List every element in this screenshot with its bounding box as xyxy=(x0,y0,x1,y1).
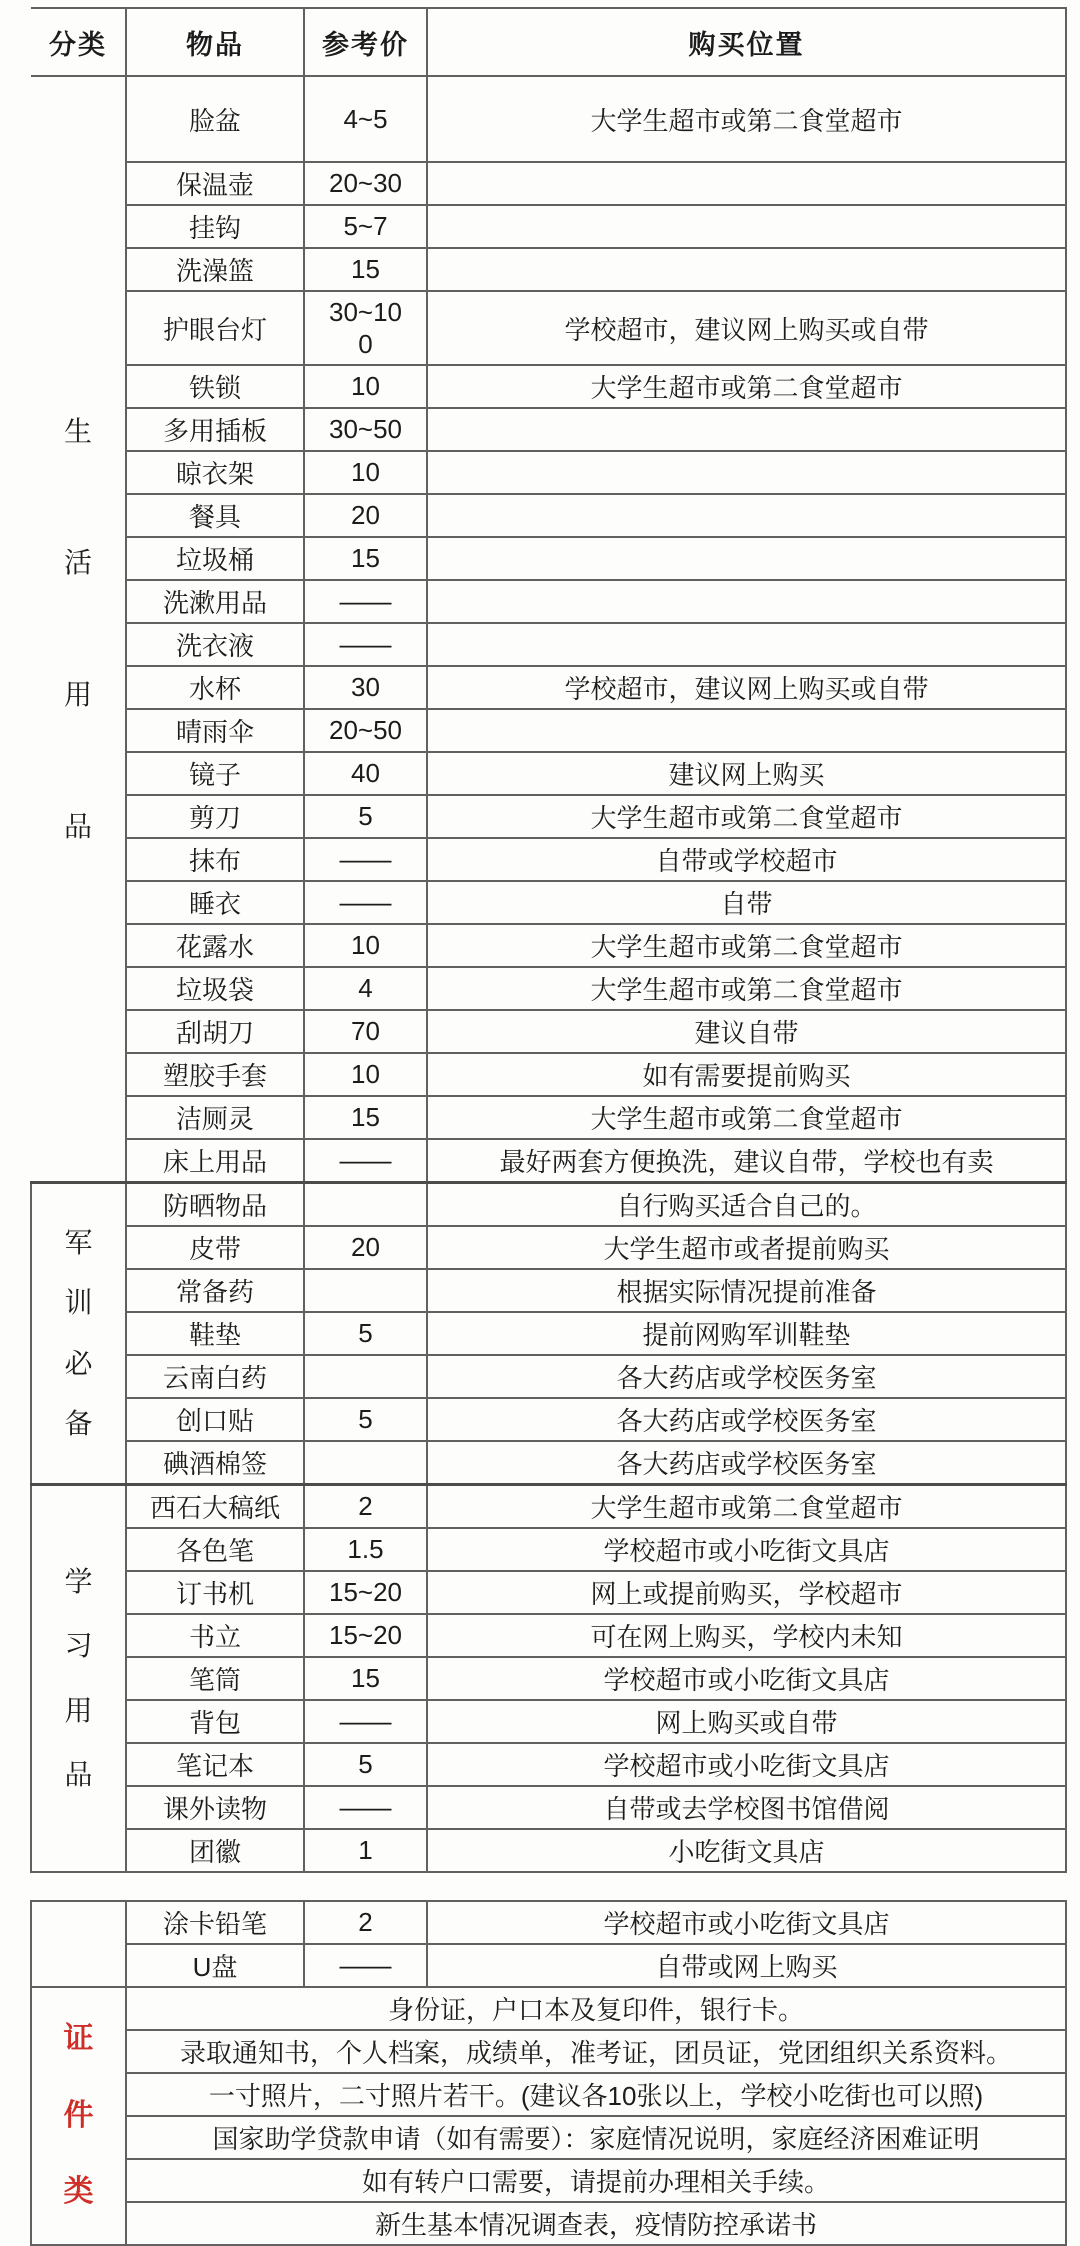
item-cell: 晴雨伞 xyxy=(126,709,304,752)
table-row: 笔记本5学校超市或小吃街文具店 xyxy=(31,1743,1066,1786)
table-row: 水杯30学校超市，建议网上购买或自带 xyxy=(31,666,1066,709)
place-cell: 各大药店或学校医务室 xyxy=(427,1398,1066,1441)
table-row: 床上用品——最好两套方便换洗，建议自带，学校也有卖 xyxy=(31,1139,1066,1183)
place-cell: 网上购买或自带 xyxy=(427,1700,1066,1743)
table-row: 录取通知书，个人档案，成绩单，准考证，团员证，党团组织关系资料。 xyxy=(31,2030,1066,2073)
table-row: 团徽1小吃街文具店 xyxy=(31,1829,1066,1872)
place-cell xyxy=(427,494,1066,537)
main-table: 分类 物品 参考价 购买位置 生活用品脸盆4~5大学生超市或第二食堂超市保温壶2… xyxy=(30,7,1067,1873)
table-row: 洗漱用品—— xyxy=(31,580,1066,623)
price-cell xyxy=(304,1441,427,1485)
item-cell: 书立 xyxy=(126,1614,304,1657)
header-place: 购买位置 xyxy=(427,8,1066,76)
price-cell: 4 xyxy=(304,967,427,1010)
item-cell: 垃圾袋 xyxy=(126,967,304,1010)
secondary-table: 涂卡铅笔2学校超市或小吃街文具店U盘——自带或网上购买证件类身份证，户口本及复印… xyxy=(30,1900,1067,2246)
price-cell: 4~5 xyxy=(304,76,427,162)
document-row-text: 身份证，户口本及复印件，银行卡。 xyxy=(126,1987,1066,2030)
table-row: 垃圾桶15 xyxy=(31,537,1066,580)
place-cell: 大学生超市或第二食堂超市 xyxy=(427,365,1066,408)
place-cell: 如有需要提前购买 xyxy=(427,1053,1066,1096)
place-cell: 大学生超市或第二食堂超市 xyxy=(427,967,1066,1010)
price-cell: 5 xyxy=(304,1398,427,1441)
table-row: 镜子40建议网上购买 xyxy=(31,752,1066,795)
place-cell: 自带或网上购买 xyxy=(427,1944,1066,1987)
price-cell: 5 xyxy=(304,795,427,838)
place-cell: 自行购买适合自己的。 xyxy=(427,1183,1066,1227)
place-cell xyxy=(427,623,1066,666)
price-cell: 20~50 xyxy=(304,709,427,752)
table-row: 洁厕灵15大学生超市或第二食堂超市 xyxy=(31,1096,1066,1139)
document-row-text: 录取通知书，个人档案，成绩单，准考证，团员证，党团组织关系资料。 xyxy=(126,2030,1066,2073)
price-cell: 15~20 xyxy=(304,1571,427,1614)
document-row-text: 国家助学贷款申请（如有需要）：家庭情况说明，家庭经济困难证明 xyxy=(126,2116,1066,2159)
table-row: 铁锁10大学生超市或第二食堂超市 xyxy=(31,365,1066,408)
price-cell: 20 xyxy=(304,494,427,537)
item-cell: 餐具 xyxy=(126,494,304,537)
table-row: 订书机15~20网上或提前购买，学校超市 xyxy=(31,1571,1066,1614)
category-cell: 生活用品 xyxy=(31,76,126,1183)
price-cell: —— xyxy=(304,1786,427,1829)
place-cell: 自带或去学校图书馆借阅 xyxy=(427,1786,1066,1829)
table-row: 鞋垫5提前网购军训鞋垫 xyxy=(31,1312,1066,1355)
price-cell: 30~100 xyxy=(304,291,427,365)
item-cell: 脸盆 xyxy=(126,76,304,162)
item-cell: 防晒物品 xyxy=(126,1183,304,1227)
place-cell: 自带或学校超市 xyxy=(427,838,1066,881)
table-row: 新生基本情况调查表，疫情防控承诺书 xyxy=(31,2202,1066,2245)
category-label: 生活用品 xyxy=(62,366,94,892)
place-cell: 根据实际情况提前准备 xyxy=(427,1269,1066,1312)
document-row-text: 如有转户口需要，请提前办理相关手续。 xyxy=(126,2159,1066,2202)
table-row: 学习用品西石大稿纸2大学生超市或第二食堂超市 xyxy=(31,1485,1066,1529)
price-cell: —— xyxy=(304,1700,427,1743)
table-row: 背包——网上购买或自带 xyxy=(31,1700,1066,1743)
price-cell xyxy=(304,1183,427,1227)
place-cell xyxy=(427,709,1066,752)
table-row: 剪刀5大学生超市或第二食堂超市 xyxy=(31,795,1066,838)
table-row: 各色笔1.5学校超市或小吃街文具店 xyxy=(31,1528,1066,1571)
table-row: 书立15~20可在网上购买，学校内未知 xyxy=(31,1614,1066,1657)
place-cell: 学校超市或小吃街文具店 xyxy=(427,1901,1066,1944)
place-cell: 最好两套方便换洗，建议自带，学校也有卖 xyxy=(427,1139,1066,1183)
category-label: 学习用品 xyxy=(62,1550,94,1808)
table-row: 垃圾袋4大学生超市或第二食堂超市 xyxy=(31,967,1066,1010)
table-row: 餐具20 xyxy=(31,494,1066,537)
place-cell: 各大药店或学校医务室 xyxy=(427,1441,1066,1485)
table-row: 抹布——自带或学校超市 xyxy=(31,838,1066,881)
price-cell xyxy=(304,1269,427,1312)
item-cell: U盘 xyxy=(126,1944,304,1987)
item-cell: 挂钩 xyxy=(126,205,304,248)
main-table-header: 分类 物品 参考价 购买位置 xyxy=(31,8,1066,76)
table-row: 皮带20大学生超市或者提前购买 xyxy=(31,1226,1066,1269)
secondary-table-body: 涂卡铅笔2学校超市或小吃街文具店U盘——自带或网上购买证件类身份证，户口本及复印… xyxy=(31,1901,1066,2245)
document-row-text: 一寸照片，二寸照片若干。(建议各10张以上，学校小吃街也可以照) xyxy=(126,2073,1066,2116)
header-price: 参考价 xyxy=(304,8,427,76)
item-cell: 订书机 xyxy=(126,1571,304,1614)
table-row: 如有转户口需要，请提前办理相关手续。 xyxy=(31,2159,1066,2202)
place-cell: 小吃街文具店 xyxy=(427,1829,1066,1872)
price-cell: 30 xyxy=(304,666,427,709)
price-cell: 15 xyxy=(304,1096,427,1139)
place-cell: 学校超市或小吃街文具店 xyxy=(427,1657,1066,1700)
price-cell: 1.5 xyxy=(304,1528,427,1571)
place-cell xyxy=(427,248,1066,291)
table-row: 花露水10大学生超市或第二食堂超市 xyxy=(31,924,1066,967)
item-cell: 抹布 xyxy=(126,838,304,881)
price-cell: 30~50 xyxy=(304,408,427,451)
item-cell: 洗衣液 xyxy=(126,623,304,666)
table-row: 笔筒15学校超市或小吃街文具店 xyxy=(31,1657,1066,1700)
item-cell: 皮带 xyxy=(126,1226,304,1269)
item-cell: 水杯 xyxy=(126,666,304,709)
place-cell: 建议网上购买 xyxy=(427,752,1066,795)
place-cell: 学校超市或小吃街文具店 xyxy=(427,1743,1066,1786)
table-row: 创口贴5各大药店或学校医务室 xyxy=(31,1398,1066,1441)
item-cell: 刮胡刀 xyxy=(126,1010,304,1053)
document-row-text: 新生基本情况调查表，疫情防控承诺书 xyxy=(126,2202,1066,2245)
place-cell: 可在网上购买，学校内未知 xyxy=(427,1614,1066,1657)
table-row: 洗澡篮15 xyxy=(31,248,1066,291)
item-cell: 花露水 xyxy=(126,924,304,967)
price-cell: —— xyxy=(304,1944,427,1987)
place-cell: 学校超市，建议网上购买或自带 xyxy=(427,666,1066,709)
category-cell: 军训必备 xyxy=(31,1183,126,1485)
table-row: 国家助学贷款申请（如有需要）：家庭情况说明，家庭经济困难证明 xyxy=(31,2116,1066,2159)
item-cell: 洁厕灵 xyxy=(126,1096,304,1139)
freshman-shopping-checklist-page: 分类 物品 参考价 购买位置 生活用品脸盆4~5大学生超市或第二食堂超市保温壶2… xyxy=(0,0,1080,2246)
price-cell: 5 xyxy=(304,1312,427,1355)
table-row: 生活用品脸盆4~5大学生超市或第二食堂超市 xyxy=(31,76,1066,162)
price-cell: 2 xyxy=(304,1485,427,1529)
place-cell xyxy=(427,451,1066,494)
table-row: 护眼台灯30~100学校超市，建议网上购买或自带 xyxy=(31,291,1066,365)
place-cell: 大学生超市或第二食堂超市 xyxy=(427,1096,1066,1139)
item-cell: 剪刀 xyxy=(126,795,304,838)
price-cell: 10 xyxy=(304,924,427,967)
table-row: 挂钩5~7 xyxy=(31,205,1066,248)
table-row: 一寸照片，二寸照片若干。(建议各10张以上，学校小吃街也可以照) xyxy=(31,2073,1066,2116)
price-cell: 10 xyxy=(304,451,427,494)
place-cell: 大学生超市或第二食堂超市 xyxy=(427,76,1066,162)
item-cell: 常备药 xyxy=(126,1269,304,1312)
price-cell: 10 xyxy=(304,365,427,408)
item-cell: 碘酒棉签 xyxy=(126,1441,304,1485)
documents-category-cell: 证件类 xyxy=(31,1987,126,2245)
item-cell: 镜子 xyxy=(126,752,304,795)
table-row: 军训必备防晒物品自行购买适合自己的。 xyxy=(31,1183,1066,1227)
table-row: 晴雨伞20~50 xyxy=(31,709,1066,752)
price-cell: 10 xyxy=(304,1053,427,1096)
price-cell: —— xyxy=(304,623,427,666)
place-cell: 提前网购军训鞋垫 xyxy=(427,1312,1066,1355)
price-cell xyxy=(304,1355,427,1398)
item-cell: 各色笔 xyxy=(126,1528,304,1571)
item-cell: 塑胶手套 xyxy=(126,1053,304,1096)
item-cell: 保温壶 xyxy=(126,162,304,205)
table-row: 睡衣——自带 xyxy=(31,881,1066,924)
item-cell: 创口贴 xyxy=(126,1398,304,1441)
place-cell: 网上或提前购买，学校超市 xyxy=(427,1571,1066,1614)
place-cell: 大学生超市或第二食堂超市 xyxy=(427,795,1066,838)
price-cell: —— xyxy=(304,881,427,924)
table-row: 云南白药各大药店或学校医务室 xyxy=(31,1355,1066,1398)
price-cell: 2 xyxy=(304,1901,427,1944)
table-row: 多用插板30~50 xyxy=(31,408,1066,451)
price-cell: 15 xyxy=(304,1657,427,1700)
item-cell: 洗澡篮 xyxy=(126,248,304,291)
price-cell: 15 xyxy=(304,248,427,291)
table-row: U盘——自带或网上购买 xyxy=(31,1944,1066,1987)
price-cell: 20~30 xyxy=(304,162,427,205)
table-row: 保温壶20~30 xyxy=(31,162,1066,205)
item-cell: 晾衣架 xyxy=(126,451,304,494)
table-row: 证件类身份证，户口本及复印件，银行卡。 xyxy=(31,1987,1066,2030)
item-cell: 多用插板 xyxy=(126,408,304,451)
header-row: 分类 物品 参考价 购买位置 xyxy=(31,8,1066,76)
item-cell: 鞋垫 xyxy=(126,1312,304,1355)
place-cell: 大学生超市或第二食堂超市 xyxy=(427,1485,1066,1529)
category-cell: 学习用品 xyxy=(31,1485,126,1873)
item-cell: 笔筒 xyxy=(126,1657,304,1700)
price-cell: 5~7 xyxy=(304,205,427,248)
table-row: 碘酒棉签各大药店或学校医务室 xyxy=(31,1441,1066,1485)
table-row: 洗衣液—— xyxy=(31,623,1066,666)
place-cell xyxy=(427,580,1066,623)
place-cell: 学校超市，建议网上购买或自带 xyxy=(427,291,1066,365)
category-cell-empty xyxy=(31,1901,126,1987)
header-category: 分类 xyxy=(31,8,126,76)
price-cell: —— xyxy=(304,1139,427,1183)
price-cell: —— xyxy=(304,838,427,881)
item-cell: 笔记本 xyxy=(126,1743,304,1786)
place-cell xyxy=(427,205,1066,248)
price-cell: 5 xyxy=(304,1743,427,1786)
price-cell: 20 xyxy=(304,1226,427,1269)
place-cell xyxy=(427,408,1066,451)
item-cell: 铁锁 xyxy=(126,365,304,408)
place-cell: 各大药店或学校医务室 xyxy=(427,1355,1066,1398)
table-row: 刮胡刀70建议自带 xyxy=(31,1010,1066,1053)
price-cell: 15 xyxy=(304,537,427,580)
table-row: 涂卡铅笔2学校超市或小吃街文具店 xyxy=(31,1901,1066,1944)
price-cell: 70 xyxy=(304,1010,427,1053)
main-table-body: 生活用品脸盆4~5大学生超市或第二食堂超市保温壶20~30挂钩5~7洗澡篮15护… xyxy=(31,76,1066,1872)
item-cell: 西石大稿纸 xyxy=(126,1485,304,1529)
table-row: 常备药根据实际情况提前准备 xyxy=(31,1269,1066,1312)
item-cell: 睡衣 xyxy=(126,881,304,924)
item-cell: 垃圾桶 xyxy=(126,537,304,580)
price-cell: 15~20 xyxy=(304,1614,427,1657)
item-cell: 护眼台灯 xyxy=(126,291,304,365)
item-cell: 背包 xyxy=(126,1700,304,1743)
place-cell xyxy=(427,162,1066,205)
item-cell: 涂卡铅笔 xyxy=(126,1901,304,1944)
place-cell: 建议自带 xyxy=(427,1010,1066,1053)
documents-category-label: 证件类 xyxy=(61,2001,96,2231)
place-cell: 学校超市或小吃街文具店 xyxy=(427,1528,1066,1571)
header-item: 物品 xyxy=(126,8,304,76)
table-row: 晾衣架10 xyxy=(31,451,1066,494)
item-cell: 云南白药 xyxy=(126,1355,304,1398)
item-cell: 课外读物 xyxy=(126,1786,304,1829)
item-cell: 团徽 xyxy=(126,1829,304,1872)
table-row: 课外读物——自带或去学校图书馆借阅 xyxy=(31,1786,1066,1829)
price-cell: 40 xyxy=(304,752,427,795)
place-cell xyxy=(427,537,1066,580)
place-cell: 大学生超市或第二食堂超市 xyxy=(427,924,1066,967)
place-cell: 大学生超市或者提前购买 xyxy=(427,1226,1066,1269)
place-cell: 自带 xyxy=(427,881,1066,924)
price-cell: 1 xyxy=(304,1829,427,1872)
category-label: 军训必备 xyxy=(62,1213,94,1454)
item-cell: 洗漱用品 xyxy=(126,580,304,623)
price-cell: —— xyxy=(304,580,427,623)
table-row: 塑胶手套10如有需要提前购买 xyxy=(31,1053,1066,1096)
item-cell: 床上用品 xyxy=(126,1139,304,1183)
